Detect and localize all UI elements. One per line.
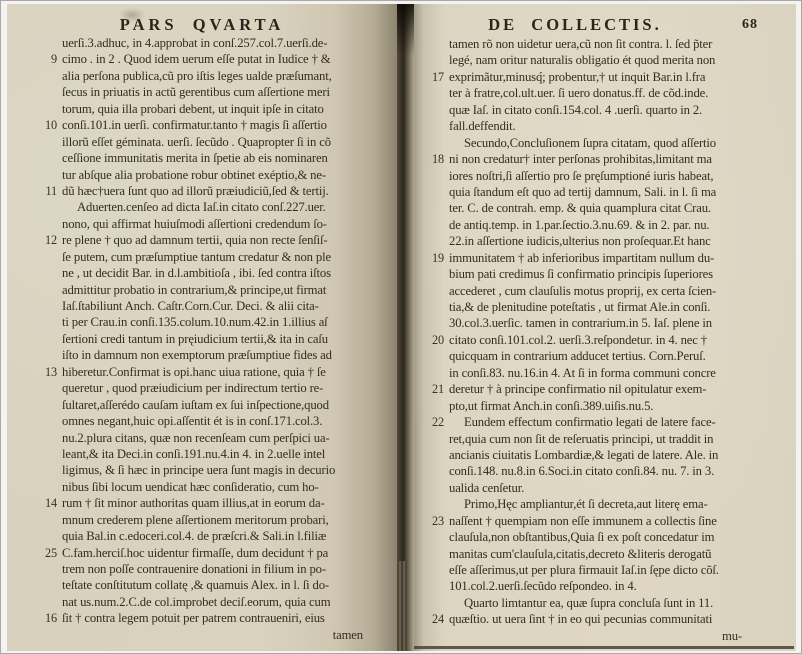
margin-number (35, 512, 62, 528)
text-line: quicquam in contrarium adducet tertius. … (422, 348, 794, 364)
text-line: ſertioni credi tantum in pręiudicium ter… (35, 331, 395, 347)
text-line: Iaſ.ſtabiliunt Anch. Caſtr.Corn.Cur. Dec… (35, 298, 395, 314)
text-line: 30.col.3.uerſic. tamen in contrarium.in … (422, 315, 794, 331)
margin-number: 17 (422, 69, 449, 85)
line-text: torum, quia illa probari debent, ut inqu… (62, 101, 395, 117)
margin-number (422, 233, 449, 249)
line-text: mnum crederem plene aſſertionem meritoru… (62, 512, 395, 528)
margin-number (35, 380, 62, 396)
line-text: Primo,Hęc ampliantur,ét ſi decreta,aut l… (449, 496, 794, 512)
text-line: in conſi.83. nu.16.in 4. At ſi in forma … (422, 365, 794, 381)
text-line: ceſſione immunitatis merita in ſpetie ab… (35, 150, 395, 166)
line-text: cimo . in 2 . Quod idem uerum eſſe putat… (62, 51, 395, 67)
line-text: conſi.101.in uerſi. confirmatur.tanto † … (62, 117, 395, 133)
text-line: nu.2.plura citans, quæ non recenſeam cum… (35, 430, 395, 446)
text-line: ualida cenſetur. (422, 480, 794, 496)
line-text: conſi.148. nu.8.in 6.Soci.in citato conſ… (449, 463, 794, 479)
line-text: tia,& de plenitudine poteſtatis , ut fir… (449, 299, 794, 315)
text-line: 101.col.2.uerſi.ſecũdo reſpondeo. in 4. (422, 578, 794, 594)
margin-number: 22 (422, 414, 449, 430)
margin-number (422, 447, 449, 463)
margin-number (422, 628, 449, 644)
text-line: ligimus, & ſi hæc in principe uera ſunt … (35, 462, 395, 478)
text-line: clauſula,non obſtantibus,Quia ſi ex poſt… (422, 529, 794, 545)
line-text: hiberetur.Confirmat is opi.hanc uiua rat… (62, 364, 395, 380)
line-text: admittitur probatio in contrarium,& prin… (62, 282, 395, 298)
line-text: quicquam in contrarium adducet tertius. … (449, 348, 794, 364)
margin-number (35, 627, 62, 643)
line-text: omnes negant,huic opi.aſſentit ét is in … (62, 413, 395, 429)
line-text: Aduerten.cenſeo ad dicta Iaſ.in citato c… (62, 199, 395, 215)
margin-number (35, 199, 62, 215)
margin-number (422, 52, 449, 68)
text-line: quæ Iaſ. in citato conſi.154.col. 4 .uer… (422, 102, 794, 118)
margin-number: 19 (422, 250, 449, 266)
margin-number (35, 134, 62, 150)
text-line: 11 dũ hæc†uera ſunt quo ad illorũ præiud… (35, 183, 395, 199)
show-through-mark (119, 8, 145, 22)
line-text: nibus ſibi locum uendicat hæc conſiderat… (62, 479, 395, 495)
margin-number (422, 168, 449, 184)
line-text: Eundem effectum confirmatio legati de la… (449, 414, 794, 430)
text-line: torum, quia illa probari debent, ut inqu… (35, 101, 395, 117)
text-line: Primo,Hęc ampliantur,ét ſi decreta,aut l… (422, 496, 794, 512)
line-text: alia perſona publica,cũ pro iſtis leges … (62, 68, 395, 84)
line-text: rum † ſit minor authoritas quam illius,a… (62, 495, 395, 511)
text-line: bium pati credimus ſi confirmatio princi… (422, 266, 794, 282)
text-line: ancianis ciuitatis Lombardiæ,& legati de… (422, 447, 794, 463)
text-line: 14 rum † ſit minor authoritas quam illiu… (35, 495, 395, 511)
text-line: omnes negant,huic opi.aſſentit ét is in … (35, 413, 395, 429)
line-text: eſſe aſſerimus,ut per plura firmauit Iaſ… (449, 562, 794, 578)
text-line: ne , ut decidit Bar. in d.l.ambitioſa , … (35, 265, 395, 281)
left-running-title: PARS QVARTA (7, 14, 397, 35)
margin-number (422, 102, 449, 118)
margin-number (422, 348, 449, 364)
margin-number: 25 (35, 545, 62, 561)
text-line: tamen rõ non uidetur uera,cũ non ſit con… (422, 36, 794, 52)
margin-number: 9 (35, 51, 62, 67)
text-line: tur abſque alia probatione robur obtinet… (35, 167, 395, 183)
margin-number (422, 266, 449, 282)
line-text: re plene † quo ad damnum tertii, quia no… (62, 232, 395, 248)
line-text: quæ Iaſ. in citato conſi.154.col. 4 .uer… (449, 102, 794, 118)
margin-number (35, 249, 62, 265)
line-text: ſultaret,aſſerédo cauſam iuſtam ex ſui i… (62, 397, 395, 413)
line-text: nono, qui affirmat huiuſmodi aſſertioni … (62, 216, 395, 232)
text-line: teſtate conſtitutum collatę ,& quamuis A… (35, 577, 395, 593)
line-text: ligimus, & ſi hæc in principe uera ſunt … (62, 462, 395, 478)
margin-number (35, 282, 62, 298)
margin-number (35, 84, 62, 100)
text-line: 17 exprimãtur,minusq́; probentur,† ut in… (422, 69, 794, 85)
text-line: nono, qui affirmat huiuſmodi aſſertioni … (35, 216, 395, 232)
text-line: 10 conſi.101.in uerſi. confirmatur.tanto… (35, 117, 395, 133)
line-text: deretur † à principe confirmatio nil opi… (449, 381, 794, 397)
line-text: illorũ eſſet géminata. uerſi. ſecũdo . Q… (62, 134, 395, 150)
text-line: fall.deffendit. (422, 118, 794, 134)
text-line: Quarto limtantur ea, quæ ſupra concluſa … (422, 595, 794, 611)
text-line: eſſe aſſerimus,ut per plura firmauit Iaſ… (422, 562, 794, 578)
line-text: quia Bal.in c.edoceri.col.4. de præſcri.… (62, 528, 395, 544)
margin-number (35, 265, 62, 281)
line-text: ualida cenſetur. (449, 480, 794, 496)
text-line: tamen (35, 627, 395, 643)
margin-number (35, 479, 62, 495)
text-line: Secundo,Concluſionem ſupra citatam, quod… (422, 135, 794, 151)
margin-number (35, 528, 62, 544)
text-line: ret,quia cum non ſit de reſeruatis princ… (422, 431, 794, 447)
line-text: tur abſque alia probatione robur obtinet… (62, 167, 395, 183)
margin-number: 11 (35, 183, 62, 199)
text-line: 19 immunitatem † ab inferioribus imparti… (422, 250, 794, 266)
text-line: queretur , quod præiudicium per indirect… (35, 380, 395, 396)
margin-number: 13 (35, 364, 62, 380)
text-line: 22.in aſſertione iudicis,ulterius non pr… (422, 233, 794, 249)
margin-number (35, 577, 62, 593)
line-text: fall.deffendit. (449, 118, 794, 134)
text-line: quia ſtandum eſt quo ad tertij damnum, S… (422, 184, 794, 200)
margin-number (422, 578, 449, 594)
line-text: ſecus in priuatis in actũ gerentibus cum… (62, 84, 395, 100)
line-text: nat us.num.2.C.de col.improbet deciſ.eor… (62, 594, 395, 610)
line-text: manitas cum'clauſula,citatis,decreto &li… (449, 546, 794, 562)
margin-number (35, 413, 62, 429)
margin-number (35, 167, 62, 183)
text-line: nibus ſibi locum uendicat hæc conſiderat… (35, 479, 395, 495)
margin-number (35, 331, 62, 347)
margin-number (422, 200, 449, 216)
right-page: DE COLLECTIS. 68 tamen rõ non uidetur ue… (414, 4, 796, 651)
line-text: ſertioni credi tantum in pręiudicium ter… (62, 331, 395, 347)
text-line: legé, nam oritur naturalis obligatio ét … (422, 52, 794, 68)
text-line: 16 ſit † contra legem potuit per patrem … (35, 610, 395, 626)
margin-number: 12 (35, 232, 62, 248)
text-line: Aduerten.cenſeo ad dicta Iaſ.in citato c… (35, 199, 395, 215)
margin-number: 21 (422, 381, 449, 397)
margin-number: 14 (35, 495, 62, 511)
line-text: ter à fratre,col.ult.uer. ſi uero donatu… (449, 85, 794, 101)
line-text: C.fam.herciſ.hoc uidentur firmaſſe, dum … (62, 545, 395, 561)
line-text: legé, nam oritur naturalis obligatio ét … (449, 52, 794, 68)
line-text: quia ſtandum eſt quo ad tertij damnum, S… (449, 184, 794, 200)
margin-number (35, 101, 62, 117)
line-text: uerſi.3.adhuc, in 4.approbat in conſ.257… (62, 35, 395, 51)
text-line: manitas cum'clauſula,citatis,decreto &li… (422, 546, 794, 562)
margin-number (422, 480, 449, 496)
text-line: ſultaret,aſſerédo cauſam iuſtam ex ſui i… (35, 397, 395, 413)
margin-number (422, 496, 449, 512)
text-line: leant,& ita Deci.in conſi.191.nu.4.in 4.… (35, 446, 395, 462)
page-number: 68 (742, 14, 758, 35)
text-line: iores noſtri,ſi aſſertio pro ſe pręſumpt… (422, 168, 794, 184)
text-line: 23 naſſent † quempiam non eſſe immunem a… (422, 513, 794, 529)
margin-number (422, 118, 449, 134)
margin-number (422, 365, 449, 381)
book-spread: PARS QVARTA uerſi.3.adhuc, in 4.approbat… (7, 4, 796, 649)
line-text: exprimãtur,minusq́; probentur,† ut inqui… (449, 69, 794, 85)
margin-number (422, 283, 449, 299)
line-text: Secundo,Concluſionem ſupra citatam, quod… (449, 135, 794, 151)
left-page: PARS QVARTA uerſi.3.adhuc, in 4.approbat… (7, 4, 397, 651)
line-text: leant,& ita Deci.in conſi.191.nu.4.in 4.… (62, 446, 395, 462)
line-text: ne , ut decidit Bar. in d.l.ambitioſa , … (62, 265, 395, 281)
margin-number (422, 36, 449, 52)
text-line: 24 quæſtio. ut uera ſint † in eo qui pec… (422, 611, 794, 627)
margin-number (35, 150, 62, 166)
line-text: naſſent † quempiam non eſſe immunem a co… (449, 513, 794, 529)
line-text: accederet , cum clauſulis motus proprij,… (449, 283, 794, 299)
line-text: citato conſi.101.col.2. uerſi.3.reſponde… (449, 332, 794, 348)
right-title-text: DE COLLECTIS. (488, 15, 661, 34)
line-text: immunitatem † ab inferioribus impartitam… (449, 250, 794, 266)
margin-number (35, 446, 62, 462)
margin-number (422, 546, 449, 562)
line-text: 30.col.3.uerſic. tamen in contrarium.in … (449, 315, 794, 331)
margin-number (422, 217, 449, 233)
text-line: ter à fratre,col.ult.uer. ſi uero donatu… (422, 85, 794, 101)
margin-number (35, 397, 62, 413)
line-text: ſit † contra legem potuit per patrem con… (62, 610, 395, 626)
margin-number (35, 314, 62, 330)
text-line: quia Bal.in c.edoceri.col.4. de præſcri.… (35, 528, 395, 544)
margin-number (35, 216, 62, 232)
line-text: 22.in aſſertione iudicis,ulterius non pr… (449, 233, 794, 249)
margin-number (35, 561, 62, 577)
line-text: teſtate conſtitutum collatę ,& quamuis A… (62, 577, 395, 593)
text-line: ti per Crau.in conſi.135.colum.10.num.42… (35, 314, 395, 330)
line-text: ni non credatur† inter perſonas prohibit… (449, 151, 794, 167)
line-text: pto,ut firmat Anch.in conſi.389.uiſis.nu… (449, 398, 794, 414)
margin-number (35, 298, 62, 314)
line-text: nu.2.plura citans, quæ non recenſeam cum… (62, 430, 395, 446)
line-text: clauſula,non obſtantibus,Quia ſi ex poſt… (449, 529, 794, 545)
margin-number (422, 529, 449, 545)
text-line: 25 C.fam.herciſ.hoc uidentur firmaſſe, d… (35, 545, 395, 561)
text-line: nat us.num.2.C.de col.improbet deciſ.eor… (35, 594, 395, 610)
line-text: ſe putem, cum præſumptiue tantum credatu… (62, 249, 395, 265)
text-line: mnum crederem plene aſſertionem meritoru… (35, 512, 395, 528)
margin-number: 23 (422, 513, 449, 529)
margin-number (422, 431, 449, 447)
book-scan: PARS QVARTA uerſi.3.adhuc, in 4.approbat… (0, 0, 802, 654)
text-line: de antiq.temp. in 1.par.ſectio.3.nu.69. … (422, 217, 794, 233)
margin-number (422, 184, 449, 200)
text-line: 9 cimo . in 2 . Quod idem uerum eſſe put… (35, 51, 395, 67)
text-line: uerſi.3.adhuc, in 4.approbat in conſ.257… (35, 35, 395, 51)
text-line: admittitur probatio in contrarium,& prin… (35, 282, 395, 298)
text-line: 12 re plene † quo ad damnum tertii, quia… (35, 232, 395, 248)
left-text-block: uerſi.3.adhuc, in 4.approbat in conſ.257… (7, 35, 397, 643)
line-text: ret,quia cum non ſit de reſeruatis princ… (449, 431, 794, 447)
text-line: alia perſona publica,cũ pro iſtis leges … (35, 68, 395, 84)
line-text: de antiq.temp. in 1.par.ſectio.3.nu.69. … (449, 217, 794, 233)
text-line: accederet , cum clauſulis motus proprij,… (422, 283, 794, 299)
right-text-block: tamen rõ non uidetur uera,cũ non ſit con… (414, 36, 796, 644)
text-line: illorũ eſſet géminata. uerſi. ſecũdo . Q… (35, 134, 395, 150)
margin-number: 16 (35, 610, 62, 626)
line-text: ti per Crau.in conſi.135.colum.10.num.42… (62, 314, 395, 330)
line-text: tamen rõ non uidetur uera,cũ non ſit con… (449, 36, 794, 52)
margin-number: 24 (422, 611, 449, 627)
line-text: 101.col.2.uerſi.ſecũdo reſpondeo. in 4. (449, 578, 794, 594)
margin-number (422, 135, 449, 151)
text-line: ter. C. de contrah. emp. & quia quamplur… (422, 200, 794, 216)
margin-number: 10 (35, 117, 62, 133)
line-text: queretur , quod præiudicium per indirect… (62, 380, 395, 396)
margin-number (422, 595, 449, 611)
margin-number: 20 (422, 332, 449, 348)
text-line: 18 ni non credatur† inter perſonas prohi… (422, 151, 794, 167)
margin-number (422, 562, 449, 578)
text-line: 20 citato conſi.101.col.2. uerſi.3.reſpo… (422, 332, 794, 348)
margin-number: 18 (422, 151, 449, 167)
margin-number (35, 68, 62, 84)
text-line: tia,& de plenitudine poteſtatis , ut fir… (422, 299, 794, 315)
margin-number (422, 463, 449, 479)
text-line: 13 hiberetur.Confirmat is opi.hanc uiua … (35, 364, 395, 380)
margin-number (422, 85, 449, 101)
margin-number (422, 315, 449, 331)
line-text: quæſtio. ut uera ſint † in eo qui pecuni… (449, 611, 794, 627)
text-line: conſi.148. nu.8.in 6.Soci.in citato conſ… (422, 463, 794, 479)
text-line: ſe putem, cum præſumptiue tantum credatu… (35, 249, 395, 265)
right-running-title: DE COLLECTIS. 68 (414, 14, 796, 35)
line-text: ancianis ciuitatis Lombardiæ,& legati de… (449, 447, 794, 463)
margin-number (35, 462, 62, 478)
line-text: iſto in damnum non exemptorum præſumptiu… (62, 347, 395, 363)
text-line: ſecus in priuatis in actũ gerentibus cum… (35, 84, 395, 100)
book-gutter (397, 4, 414, 651)
text-line: 22 Eundem effectum confirmatio legati de… (422, 414, 794, 430)
line-text: ter. C. de contrah. emp. & quia quamplur… (449, 200, 794, 216)
margin-number (35, 594, 62, 610)
line-text: in conſi.83. nu.16.in 4. At ſi in forma … (449, 365, 794, 381)
text-line: trem non poſſe contrauenire donationi in… (35, 561, 395, 577)
text-line: mu- (422, 628, 794, 644)
line-text: mu- (449, 628, 794, 644)
line-text: Iaſ.ſtabiliunt Anch. Caſtr.Corn.Cur. Dec… (62, 298, 395, 314)
margin-number (422, 299, 449, 315)
margin-number (35, 347, 62, 363)
line-text: Quarto limtantur ea, quæ ſupra concluſa … (449, 595, 794, 611)
line-text: ceſſione immunitatis merita in ſpetie ab… (62, 150, 395, 166)
line-text: trem non poſſe contrauenire donationi in… (62, 561, 395, 577)
line-text: bium pati credimus ſi confirmatio princi… (449, 266, 794, 282)
line-text: tamen (62, 627, 395, 643)
line-text: iores noſtri,ſi aſſertio pro ſe pręſumpt… (449, 168, 794, 184)
line-text: dũ hæc†uera ſunt quo ad illorũ præiudici… (62, 183, 395, 199)
margin-number (35, 35, 62, 51)
text-line: pto,ut firmat Anch.in conſi.389.uiſis.nu… (422, 398, 794, 414)
text-line: iſto in damnum non exemptorum præſumptiu… (35, 347, 395, 363)
margin-number (422, 398, 449, 414)
text-line: 21 deretur † à principe confirmatio nil … (422, 381, 794, 397)
margin-number (35, 430, 62, 446)
